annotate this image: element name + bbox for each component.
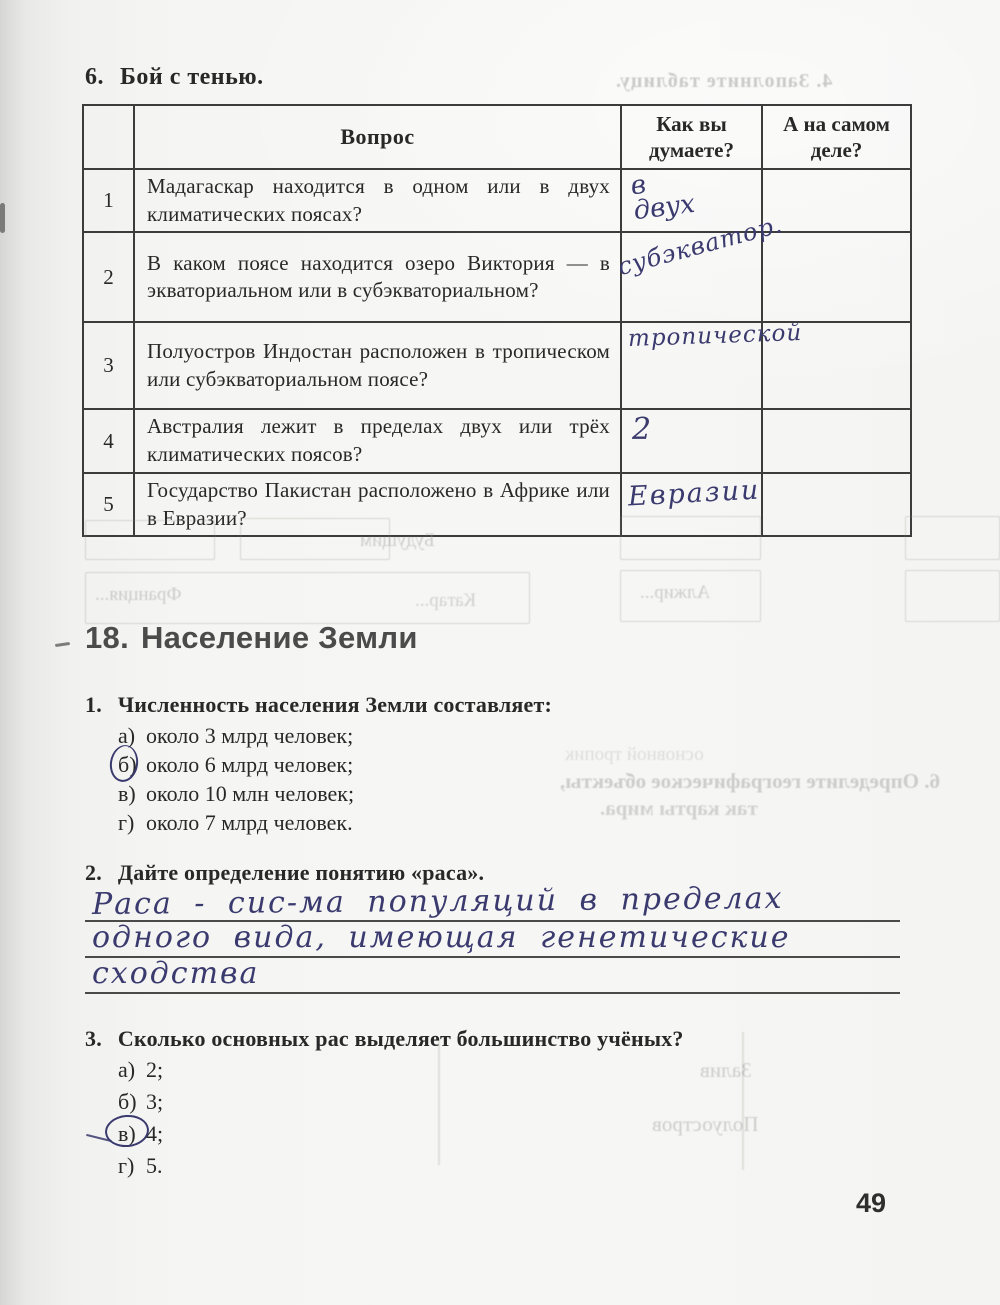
bleedthrough-text: 4. Заполните таблицу.	[615, 70, 832, 93]
option-text: около 6 млрд человек;	[146, 752, 353, 777]
question-text: Австралия лежит в пределах двух или трёх…	[134, 409, 621, 472]
q1-options: а)около 3 млрд человек; б)около 6 млрд ч…	[118, 721, 354, 837]
page-number: 49	[856, 1188, 886, 1219]
option-v: в)около 10 млн человек;	[118, 779, 354, 808]
task6-number: 6.	[85, 64, 104, 91]
option-letter: г)	[118, 1150, 146, 1182]
table-header-question: Вопрос	[134, 105, 621, 169]
table-row: 3 Полуостров Индостан расположен в тропи…	[83, 322, 911, 409]
option-b: б)около 6 млрд человек;	[118, 750, 354, 779]
q1-text: Численность населения Земли составляет:	[118, 692, 552, 718]
table-header-guess: Как вы думаете?	[621, 105, 762, 169]
option-text: 5.	[146, 1153, 163, 1178]
bleedthrough-text: Франция...	[95, 584, 181, 606]
option-a: а)2;	[118, 1054, 163, 1086]
option-text: около 10 млн человек;	[146, 781, 354, 806]
option-text: около 7 млрд человек.	[146, 810, 353, 835]
section-number: 18.	[85, 620, 129, 656]
q2-text: Дайте определение понятию «раса».	[118, 860, 484, 886]
table-row: 4 Австралия лежит в пределах двух или тр…	[83, 409, 911, 472]
ruled-line	[85, 992, 900, 994]
question-text: В каком поясе находится озеро Виктория —…	[134, 232, 621, 322]
margin-dash	[55, 642, 70, 647]
option-g: г)5.	[118, 1150, 163, 1182]
option-letter: а)	[118, 1054, 146, 1086]
guess-cell: 2	[621, 409, 762, 472]
actual-cell	[762, 473, 911, 536]
option-letter: в)	[118, 779, 146, 808]
task6-title: Бой с тенью.	[120, 64, 264, 91]
ghost-box	[620, 516, 761, 560]
section-title: Население Земли	[141, 620, 418, 656]
q2-number: 2.	[85, 860, 102, 886]
handwritten-guess: Евразии	[627, 474, 761, 512]
q1-number: 1.	[85, 692, 102, 718]
section-heading: 18. Население Земли	[85, 620, 418, 656]
ghost-box	[85, 520, 215, 560]
question-text: Полуостров Индостан расположен в тропиче…	[134, 322, 621, 409]
row-number: 2	[83, 232, 134, 322]
ghost-line	[742, 1032, 744, 1170]
question-text: Мадагаскар находится в одном или в двух …	[134, 169, 621, 232]
workbook-page: 4. Заполните таблицу. 6. Бой с тенью. Во…	[0, 0, 1000, 1305]
table-row: 2 В каком поясе находится озеро Виктория…	[83, 232, 911, 322]
option-text: 3;	[146, 1089, 163, 1114]
actual-cell	[762, 232, 911, 322]
table-header-row: Вопрос Как вы думаете? А на самом деле?	[83, 105, 911, 169]
handwritten-answer-line: одного вида, имеющая генетические	[92, 920, 791, 955]
q3-number: 3.	[85, 1026, 102, 1052]
option-b: б)3;	[118, 1086, 163, 1118]
option-text: 2;	[146, 1057, 163, 1082]
option-letter: б)	[118, 1086, 146, 1118]
q3-heading: 3. Сколько основных рас выделяет большин…	[85, 1026, 684, 1052]
bleedthrough-text: основной тропик	[565, 744, 704, 766]
table-header-actual: А на самом деле?	[762, 105, 911, 169]
bleedthrough-text: Алжир...	[640, 582, 710, 604]
option-a: а)около 3 млрд человек;	[118, 721, 354, 750]
handwritten-guess: в двух	[629, 166, 706, 224]
row-number: 3	[83, 322, 134, 409]
guess-cell: субэкватор.	[621, 232, 762, 322]
table-header-blank	[83, 105, 134, 169]
actual-cell	[762, 409, 911, 472]
task6-heading: 6. Бой с тенью.	[85, 64, 264, 91]
ghost-box	[905, 570, 1000, 622]
scan-speck	[0, 203, 5, 233]
q3-text: Сколько основных рас выделяет большинств…	[118, 1026, 684, 1052]
bleedthrough-text: Катар...	[415, 590, 476, 612]
ghost-line	[438, 1040, 440, 1165]
option-text: 4;	[146, 1121, 163, 1146]
handwritten-guess: 2	[632, 412, 651, 447]
bleedthrough-text: 6. Определите географическое объекты,	[560, 769, 940, 794]
q1-heading: 1. Численность населения Земли составляе…	[85, 692, 552, 718]
table-row: 1 Мадагаскар находится в одном или в дву…	[83, 169, 911, 232]
shadow-table: Вопрос Как вы думаете? А на самом деле? …	[82, 104, 912, 537]
handwritten-answer-line: сходства	[92, 956, 259, 991]
guess-cell: тропической	[621, 322, 762, 409]
row-number: 1	[83, 169, 134, 232]
actual-cell	[762, 169, 911, 232]
bleedthrough-text: Будущим	[360, 530, 435, 552]
option-text: около 3 млрд человек;	[146, 723, 353, 748]
ghost-box	[905, 516, 1000, 560]
bleedthrough-text: так карты мира.	[600, 796, 758, 821]
option-g: г)около 7 млрд человек.	[118, 808, 354, 837]
row-number: 4	[83, 409, 134, 472]
handwritten-answer-line: Раса - сис-ма популяций в пределах	[92, 881, 784, 922]
q2-heading: 2. Дайте определение понятию «раса».	[85, 860, 484, 886]
option-letter: г)	[118, 808, 146, 837]
